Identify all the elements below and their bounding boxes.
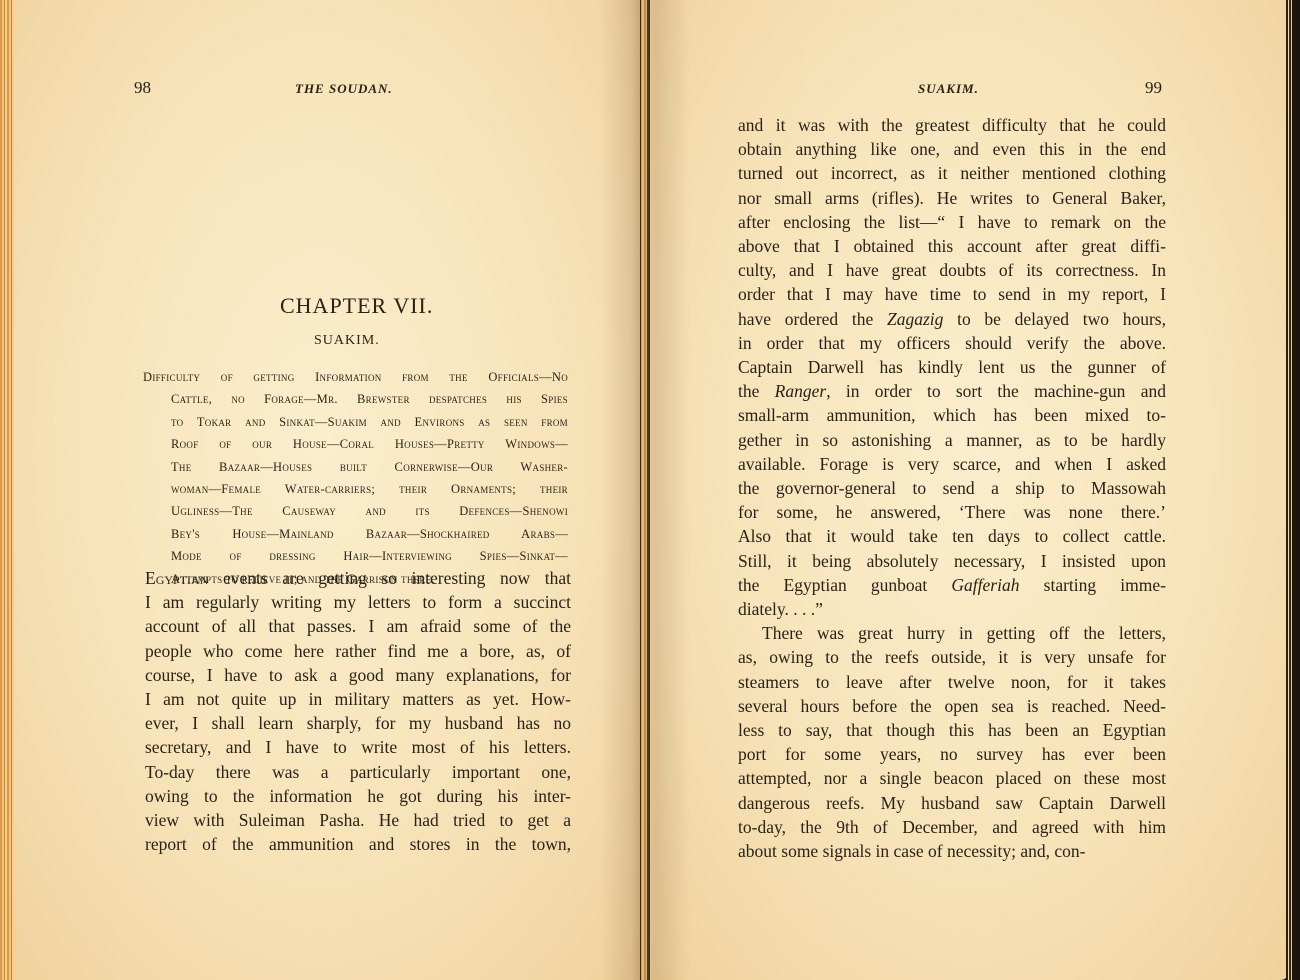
body-line: available. Forage is very scarce, and wh… bbox=[738, 452, 1166, 476]
page-number: 98 bbox=[134, 78, 151, 98]
page-number: 99 bbox=[1145, 78, 1162, 98]
page-edges-right bbox=[1286, 0, 1300, 980]
synopsis-line: Mode of dressing Hair—Interviewing Spies… bbox=[143, 545, 568, 567]
synopsis-line: Difficulty of getting Information from t… bbox=[143, 366, 568, 388]
body-line: the governor-general to send a ship to M… bbox=[738, 476, 1166, 500]
body-line: I am not quite up in military matters as… bbox=[145, 687, 571, 711]
body-line: nor small arms (rifles). He writes to Ge… bbox=[738, 186, 1166, 210]
running-head: THE SOUDAN. bbox=[295, 81, 393, 97]
body-line: Also that it would take ten days to coll… bbox=[738, 524, 1166, 548]
body-line: Egyptian events are getting so interesti… bbox=[145, 566, 571, 590]
synopsis-line: woman—Female Water-carriers; their Ornam… bbox=[143, 478, 568, 500]
book-spread: 98 THE SOUDAN. CHAPTER VII. SUAKIM. Diff… bbox=[0, 0, 1300, 980]
drop-word: Egyptian bbox=[145, 568, 208, 588]
body-line: to-day, the 9th of December, and agreed … bbox=[738, 815, 1166, 839]
body-line: in order that my officers should verify … bbox=[738, 331, 1166, 355]
body-line: account of all that passes. I am afraid … bbox=[145, 614, 571, 638]
body-paragraph: Egyptian events are getting so interesti… bbox=[145, 566, 571, 856]
body-line: Still, it being absolutely necessary, I … bbox=[738, 549, 1166, 573]
body-line: obtain anything like one, and even this … bbox=[738, 137, 1166, 161]
body-line: for some, he answered, ‘There was none t… bbox=[738, 500, 1166, 524]
chapter-synopsis: Difficulty of getting Information from t… bbox=[143, 366, 568, 590]
body-line: steamers to leave after twelve noon, for… bbox=[738, 670, 1166, 694]
page-edges-left bbox=[0, 0, 14, 980]
body-line: attempted, nor a single beacon placed on… bbox=[738, 766, 1166, 790]
body-line: above that I obtained this account after… bbox=[738, 234, 1166, 258]
body-line: have ordered the Zagazig to be delayed t… bbox=[738, 307, 1166, 331]
body-line: less to say, that though this has been a… bbox=[738, 718, 1166, 742]
body-paragraph: and it was with the greatest difficulty … bbox=[738, 113, 1166, 863]
body-line: culty, and I have great doubts of its co… bbox=[738, 258, 1166, 282]
body-line: report of the ammunition and stores in t… bbox=[145, 832, 571, 856]
binding-spine bbox=[641, 0, 647, 980]
body-line: view with Suleiman Pasha. He had tried t… bbox=[145, 808, 571, 832]
body-line: about some signals in case of necessity;… bbox=[738, 839, 1166, 863]
body-line: To-day there was a particularly importan… bbox=[145, 760, 571, 784]
body-line: I am regularly writing my letters to for… bbox=[145, 590, 571, 614]
body-line: small-arm ammunition, which has been mix… bbox=[738, 403, 1166, 427]
body-line: course, I have to ask a good many explan… bbox=[145, 663, 571, 687]
body-line: people who come here rather find me a bo… bbox=[145, 639, 571, 663]
body-line: after enclosing the list—“ I have to rem… bbox=[738, 210, 1166, 234]
body-line: and it was with the greatest difficulty … bbox=[738, 113, 1166, 137]
body-line-text: events are getting so interesting now th… bbox=[208, 568, 571, 588]
body-line: order that I may have time to send in my… bbox=[738, 282, 1166, 306]
chapter-subtitle: SUAKIM. bbox=[314, 333, 380, 349]
body-line: diately. . . .” bbox=[738, 597, 1166, 621]
body-line: There was great hurry in getting off the… bbox=[738, 621, 1166, 645]
chapter-title: CHAPTER VII. bbox=[280, 293, 433, 319]
body-line: secretary, and I have to write most of h… bbox=[145, 735, 571, 759]
synopsis-line: to Tokar and Sinkat—Suakim and Environs … bbox=[143, 411, 568, 433]
body-line: the Egyptian gunboat Gafferiah starting … bbox=[738, 573, 1166, 597]
body-line: as, owing to the reefs outside, it is ve… bbox=[738, 645, 1166, 669]
body-line: owing to the information he got during h… bbox=[145, 784, 571, 808]
body-line: Captain Darwell has kindly lent us the g… bbox=[738, 355, 1166, 379]
body-line: dangerous reefs. My husband saw Captain … bbox=[738, 791, 1166, 815]
running-head: SUAKIM. bbox=[918, 81, 979, 97]
left-page: 98 THE SOUDAN. CHAPTER VII. SUAKIM. Diff… bbox=[0, 0, 640, 980]
italic-ship-name: Zagazig bbox=[887, 309, 943, 329]
body-line: turned out incorrect, as it neither ment… bbox=[738, 161, 1166, 185]
body-line: ever, I shall learn sharply, for my husb… bbox=[145, 711, 571, 735]
synopsis-line: Roof of our House—Coral Houses—Pretty Wi… bbox=[143, 433, 568, 455]
body-line: several hours before the open sea is rea… bbox=[738, 694, 1166, 718]
italic-ship-name: Gafferiah bbox=[951, 575, 1019, 595]
body-line: the Ranger, in order to sort the machine… bbox=[738, 379, 1166, 403]
synopsis-line: The Bazaar—Houses built Cornerwise—Our W… bbox=[143, 456, 568, 478]
italic-ship-name: Ranger bbox=[775, 381, 827, 401]
body-line: port for some years, no survey has ever … bbox=[738, 742, 1166, 766]
body-line: gether in so astonishing a manner, as to… bbox=[738, 428, 1166, 452]
synopsis-line: Ugliness—The Causeway and its Defences—S… bbox=[143, 500, 568, 522]
synopsis-line: Cattle, no Forage—Mr. Brewster despatche… bbox=[143, 388, 568, 410]
synopsis-line: Bey's House—Mainland Bazaar—Shockhaired … bbox=[143, 523, 568, 545]
